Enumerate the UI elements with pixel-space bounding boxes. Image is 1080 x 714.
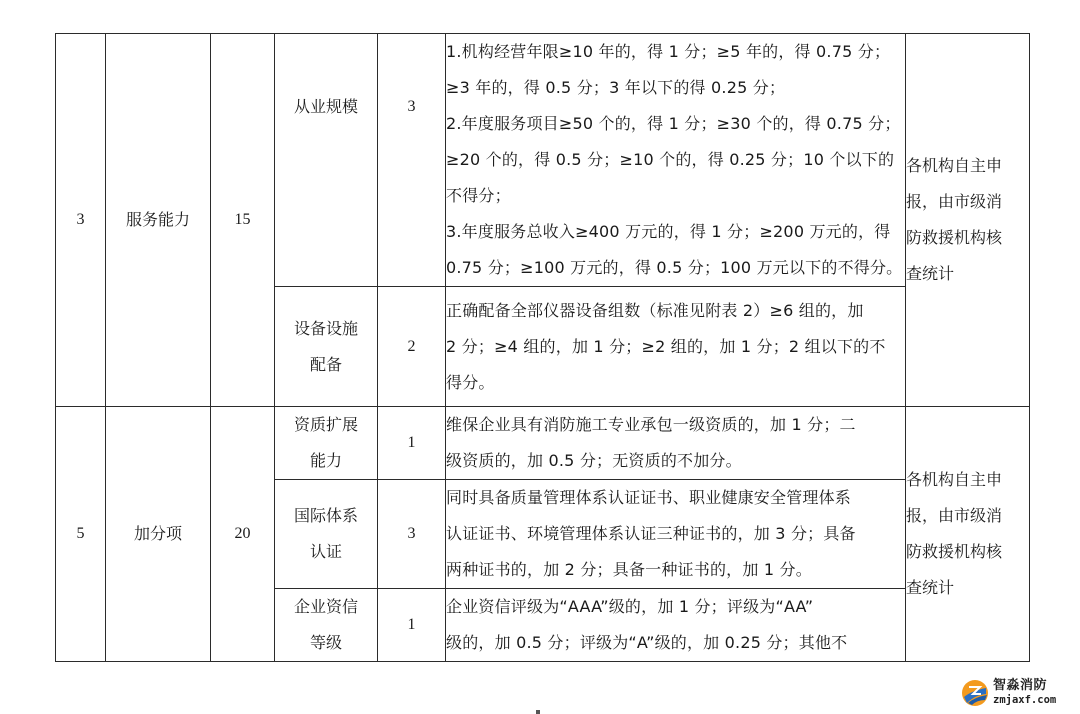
item-criteria: 企业资信评级为“AAA”级的，加 1 分；评级为“AA” 级的，加 0.5 分；… (446, 589, 906, 662)
item-criteria: 1.机构经营年限≥10 年的，得 1 分；≥5 年的，得 0.75 分； ≥3 … (446, 34, 906, 287)
item-points: 1 (378, 589, 446, 662)
group-category: 加分项 (106, 407, 211, 662)
watermark: 智淼消防 zmjaxf.com (961, 676, 1071, 710)
watermark-url: zmjaxf.com (993, 693, 1056, 707)
flame-wave-logo-icon (961, 679, 989, 707)
item-criteria: 正确配备全部仪器设备组数（标准见附表 2）≥6 组的，加 2 分；≥4 组的，加… (446, 287, 906, 407)
table-row: 3 服务能力 15 从业规模 3 1.机构经营年限≥10 年的，得 1 分；≥5… (56, 34, 1030, 287)
group-points: 15 (211, 34, 275, 407)
group-index: 3 (56, 34, 106, 407)
group-points: 20 (211, 407, 275, 662)
document-page: 3 服务能力 15 从业规模 3 1.机构经营年限≥10 年的，得 1 分；≥5… (0, 0, 1080, 714)
group-category: 服务能力 (106, 34, 211, 407)
watermark-name: 智淼消防 (993, 679, 1056, 693)
item-name: 从业规模 (275, 34, 378, 287)
item-name: 企业资信 等级 (275, 589, 378, 662)
group-note: 各机构自主申 报，由市级消 防救援机构核 查统计 (906, 407, 1030, 662)
scoring-table: 3 服务能力 15 从业规模 3 1.机构经营年限≥10 年的，得 1 分；≥5… (55, 33, 1030, 662)
item-name: 国际体系 认证 (275, 480, 378, 589)
item-criteria: 维保企业具有消防施工专业承包一级资质的，加 1 分；二 级资质的，加 0.5 分… (446, 407, 906, 480)
item-name: 资质扩展 能力 (275, 407, 378, 480)
item-points: 3 (378, 34, 446, 287)
item-criteria: 同时具备质量管理体系认证证书、职业健康安全管理体系 认证证书、环境管理体系认证三… (446, 480, 906, 589)
group-index: 5 (56, 407, 106, 662)
page-number-fragment (536, 710, 540, 714)
item-points: 2 (378, 287, 446, 407)
group-note: 各机构自主申 报，由市级消 防救援机构核 查统计 (906, 34, 1030, 407)
item-points: 3 (378, 480, 446, 589)
table-row: 5 加分项 20 资质扩展 能力 1 维保企业具有消防施工专业承包一级资质的，加… (56, 407, 1030, 480)
item-name: 设备设施 配备 (275, 287, 378, 407)
item-points: 1 (378, 407, 446, 480)
